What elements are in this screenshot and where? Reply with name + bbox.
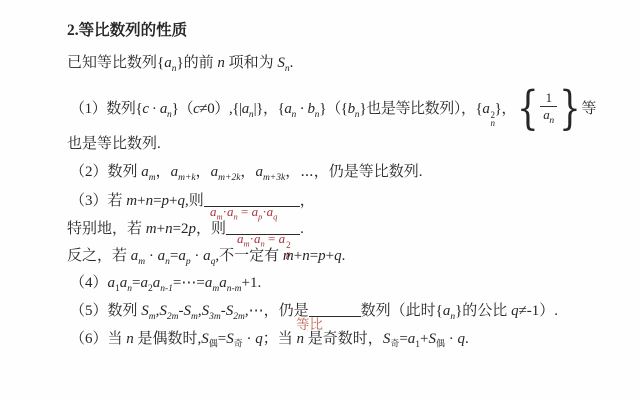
math-run: a xyxy=(160,101,167,117)
math-run: a xyxy=(108,275,116,291)
text-run: （6）当 xyxy=(70,331,126,347)
text-run: · xyxy=(149,101,160,117)
text-run: 特别地，若 xyxy=(67,221,146,237)
property-line-2: （2）数列 am，am+k，am+2k，am+3k，⋯，仍是等比数列. xyxy=(70,162,422,188)
math-run: b xyxy=(348,101,355,117)
text-run: . xyxy=(290,55,294,71)
text-run: + xyxy=(169,193,177,209)
text-run: + xyxy=(137,193,145,209)
text-run: ， xyxy=(196,164,211,180)
text-run: ， xyxy=(240,164,255,180)
math-run: S xyxy=(277,55,285,71)
text-run: . xyxy=(465,331,469,347)
math-run: n xyxy=(126,331,134,347)
text-run: 项和为 xyxy=(225,55,278,71)
text-run: }的前 xyxy=(176,55,217,71)
subscript: m+k xyxy=(178,173,196,183)
math-run: m xyxy=(283,248,294,264)
property-line-1-cont-text: 也是等比数列. xyxy=(67,136,161,152)
text-run: = xyxy=(310,248,318,264)
text-run: ,不一定有 xyxy=(215,248,283,264)
text-run: ，⋯，仍是等比数列. xyxy=(285,164,422,180)
text-run: · xyxy=(243,331,256,347)
subscript: n xyxy=(490,119,494,128)
text-run: }（ xyxy=(172,101,193,117)
subscript: m xyxy=(191,312,198,322)
subscript: 2m xyxy=(233,312,245,322)
property-line-1: （1）数列{c · an}（c≠0）,{|an|}，{an · bn}（{bn}… xyxy=(70,90,596,129)
math-run: a xyxy=(178,248,186,264)
text-run: = xyxy=(218,331,226,347)
math-run: p xyxy=(189,221,197,237)
text-run: +1. xyxy=(241,275,261,291)
text-run: . xyxy=(300,221,304,237)
cjk-subscript: 奇 xyxy=(234,339,243,349)
text-run: · xyxy=(191,248,204,264)
text-run: 反之，若 xyxy=(67,248,131,264)
math-run: q xyxy=(178,193,186,209)
text-run: . xyxy=(342,248,346,264)
math-run: n xyxy=(165,221,173,237)
math-run: n xyxy=(297,331,305,347)
intro-line: 已知等比数列{an}的前 n 项和为 Sn. xyxy=(67,53,293,79)
math-run: p xyxy=(318,248,326,264)
fraction: 1an xyxy=(540,90,557,129)
text-run: （1）数列{ xyxy=(70,101,142,117)
math-run: m xyxy=(126,193,137,209)
math-run: b xyxy=(308,101,315,117)
subscript: n-1 xyxy=(160,284,173,294)
text-run: ，则 xyxy=(196,221,226,237)
subscript: m+3k xyxy=(263,173,285,183)
text-run: 是奇数时， xyxy=(304,331,383,347)
text-run: }， xyxy=(495,101,516,117)
property-line-1-cont: 也是等比数列. xyxy=(67,134,161,154)
text-run: ≠-1）. xyxy=(519,303,558,319)
text-run: |}，{ xyxy=(254,101,285,117)
text-run: }的公比 xyxy=(455,303,511,319)
page-title-text: 2.等比数列的性质 xyxy=(67,22,187,39)
text-run: · xyxy=(445,331,458,347)
text-run: = xyxy=(399,331,407,347)
math-run: q xyxy=(255,331,263,347)
answer-blank xyxy=(309,301,361,317)
math-run: n xyxy=(302,248,310,264)
left-brace: { xyxy=(517,89,538,130)
subscript: 2m xyxy=(167,312,179,322)
text-run: ≠0）,{| xyxy=(199,101,241,117)
subscript: n xyxy=(549,116,554,126)
math-run: S xyxy=(184,303,192,319)
math-run: a xyxy=(219,275,227,291)
math-run: p xyxy=(162,193,170,209)
math-run: S xyxy=(141,303,149,319)
document-page: 2.等比数列的性质 已知等比数列{an}的前 n 项和为 Sn. （1）数列{c… xyxy=(0,0,640,400)
text-run: }也是等比数列），{ xyxy=(359,101,482,117)
text-run: ， xyxy=(156,164,171,180)
subscript: n-m xyxy=(227,284,242,294)
math-run: S xyxy=(159,303,167,319)
text-run: （4） xyxy=(70,275,108,291)
math-run: S xyxy=(226,331,234,347)
math-run: a xyxy=(482,101,489,117)
subscript: m xyxy=(149,312,156,322)
right-brace: } xyxy=(559,89,580,130)
text-run: = xyxy=(265,231,279,246)
text-run: + xyxy=(326,248,334,264)
text-run: 已知等比数列{ xyxy=(67,55,164,71)
fraction-denominator: an xyxy=(540,106,557,129)
text-run: ；当 xyxy=(263,331,297,347)
property-line-3: （3）若 m+n=p+q,则， xyxy=(70,191,315,211)
fraction-numerator: 1 xyxy=(541,90,557,106)
text-run: + xyxy=(294,248,302,264)
text-run: ， xyxy=(300,193,315,209)
text-run: =⋯= xyxy=(173,275,205,291)
text-run: 等 xyxy=(581,101,596,117)
cjk-subscript: 偶 xyxy=(436,339,445,349)
text-run: 是偶数时, xyxy=(134,331,202,347)
text-run: · xyxy=(296,101,307,117)
text-run: · xyxy=(145,248,158,264)
math-run: m xyxy=(146,221,157,237)
math-run: q xyxy=(511,303,519,319)
subscript: m xyxy=(149,173,156,183)
cjk-subscript: 奇 xyxy=(390,339,399,349)
math-run: n xyxy=(146,193,154,209)
math-run: a xyxy=(255,164,263,180)
math-run: S xyxy=(201,331,209,347)
subscript: m+2k xyxy=(218,173,240,183)
subscript: 3m xyxy=(209,312,221,322)
text-run: = xyxy=(153,193,161,209)
text-run: + xyxy=(157,221,165,237)
math-run: a xyxy=(242,101,249,117)
math-run: a xyxy=(141,164,149,180)
text-run: =2 xyxy=(173,221,189,237)
property-line-3-converse: 反之，若 am · an=ap · aq,不一定有 m+n=p+q. xyxy=(67,246,345,272)
math-run: q xyxy=(458,331,466,347)
math-run: a xyxy=(279,231,286,246)
math-run: a xyxy=(164,55,172,71)
property-line-4: （4）a1an=a2an-1=⋯=aman-m+1. xyxy=(70,273,261,299)
cjk-subscript: 偶 xyxy=(209,339,218,349)
page-title: 2.等比数列的性质 xyxy=(67,21,187,41)
text-run: （5）数列 xyxy=(70,303,141,319)
math-run: n xyxy=(217,55,225,71)
text-run: }（{ xyxy=(319,101,347,117)
math-run: a xyxy=(140,275,148,291)
property-line-6: （6）当 n 是偶数时,S偶=S奇 · q；当 n 是奇数时，S奇=a1+S偶 … xyxy=(70,329,469,355)
math-run: S xyxy=(429,331,437,347)
math-run: q xyxy=(334,248,342,264)
text-run: + xyxy=(420,331,428,347)
text-run: 数列（此时{ xyxy=(361,303,443,319)
text-run: （2）数列 xyxy=(70,164,141,180)
text-run: （3）若 xyxy=(70,193,126,209)
math-run: a xyxy=(203,248,211,264)
text-run: = xyxy=(238,204,252,219)
text-run: ,则 xyxy=(185,193,204,209)
